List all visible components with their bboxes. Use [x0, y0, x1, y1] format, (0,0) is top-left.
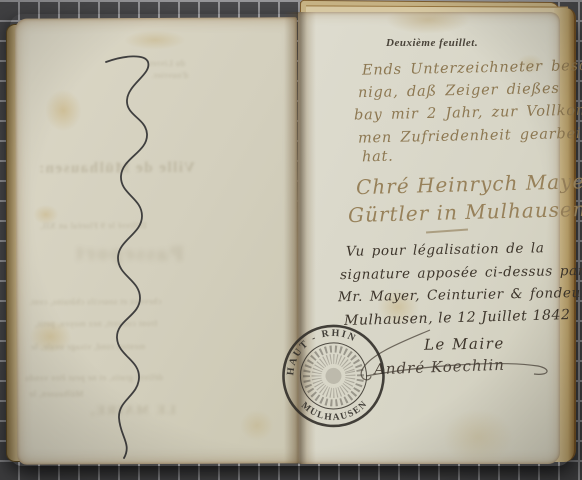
show-through-text: Passeport: [74, 239, 184, 266]
show-through-text: Délivré le 9 Floréal an XII,: [40, 220, 147, 231]
legalisation-line: signature apposée ci-dessus par: [340, 263, 582, 283]
name-line: Chré Heinrych Mayer: [356, 169, 582, 199]
photo-of-open-booklet-on-grid-mat: du Livret d'ouvrier. Ville de Mülhausen:…: [0, 0, 582, 480]
show-through-text: du Livret: [149, 58, 185, 68]
attestation-line: niga, daß Zeiger dießes: [358, 81, 560, 101]
ink-dash: [426, 229, 468, 234]
printed-header: Deuxième feuillet.: [386, 37, 478, 49]
show-through-text: front couvert, nez moyen, petit,: [34, 318, 157, 329]
left-page: du Livret d'ouvrier. Ville de Mülhausen:…: [15, 17, 299, 464]
legalisation-line: Vu pour légalisation de la: [346, 240, 545, 259]
show-through-text: cheveux et sourcils châtains, cent.: [28, 296, 161, 307]
show-through-text: d'ouvrier.: [151, 70, 188, 80]
show-through-text: Mülhausen, le: [29, 388, 84, 398]
show-through-text: LE MAIRE,: [89, 402, 176, 418]
attestation-line: Ends Unterzeichneter beschei-: [362, 57, 582, 78]
show-through-text: menton rond, visage ovale, le: [31, 341, 146, 352]
name-line: Gürtler in Mulhausen: [348, 197, 582, 227]
attestation-line: men Zufriedenheit gearbeitet: [358, 125, 582, 146]
attestation-line: bay mir 2 Jahr, zur Vollkom-: [354, 102, 582, 123]
mayor-title: Le Maire: [424, 334, 505, 353]
show-through-text: Ville de Mülhausen:: [38, 160, 195, 178]
show-through-text: délivré gratis, et ne peut être vendu: [25, 372, 163, 383]
attestation-line: hat.: [362, 149, 394, 166]
